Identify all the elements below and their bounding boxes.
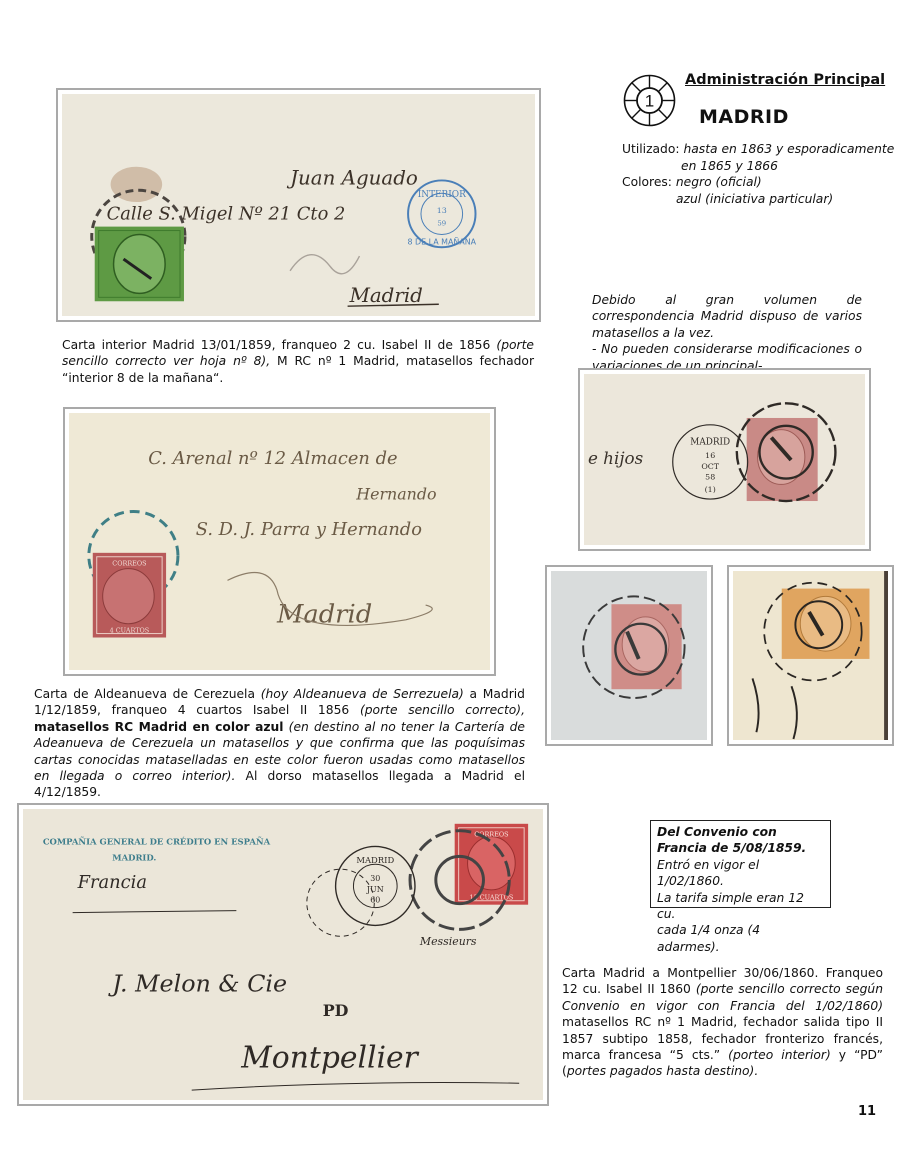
caption-montpellier: Carta Madrid a Montpellier 30/06/1860. F… bbox=[562, 965, 883, 1080]
svg-text:CORREOS: CORREOS bbox=[112, 560, 146, 568]
city-heading: MADRID bbox=[699, 106, 789, 128]
svg-text:C. Arenal nº 12 Almacen de: C. Arenal nº 12 Almacen de bbox=[148, 449, 397, 469]
svg-text:Calle S. Migel Nº 21 Cto 2: Calle S. Migel Nº 21 Cto 2 bbox=[107, 205, 346, 225]
svg-text:S. D. J. Parra y Hernando: S. D. J. Parra y Hernando bbox=[196, 520, 422, 540]
svg-text:60: 60 bbox=[370, 896, 380, 905]
caption-aldeanueva: Carta de Aldeanueva de Cerezuela (hoy Al… bbox=[34, 686, 525, 801]
caption-1859-interior: Carta interior Madrid 13/01/1859, franqu… bbox=[62, 337, 534, 386]
caption-text: Carta interior Madrid 13/01/1859, franqu… bbox=[62, 338, 496, 352]
svg-text:MADRID: MADRID bbox=[356, 855, 394, 865]
svg-text:Madrid: Madrid bbox=[349, 284, 423, 307]
note-multiple-cancels: Debido al gran volumen de correspondenci… bbox=[592, 292, 862, 374]
svg-text:JUN: JUN bbox=[366, 885, 384, 894]
svg-text:8 DE LA MAÑANA: 8 DE LA MAÑANA bbox=[407, 236, 476, 246]
caption-italic: portes pagados hasta destino). bbox=[567, 1064, 758, 1078]
usage-info: Utilizado: hasta en 1863 y esporadicamen… bbox=[622, 141, 894, 207]
fragment-photo-orange-stamp bbox=[727, 565, 894, 746]
used-value: hasta en 1863 y esporadicamente bbox=[683, 142, 894, 156]
svg-text:J. Melon & Cie: J. Melon & Cie bbox=[108, 970, 287, 998]
convention-line: Entró en vigor el 1/02/1860. bbox=[657, 857, 824, 890]
cover-photo-1859-interior: INTERIOR 13 59 8 DE LA MAÑANA Juan Aguad… bbox=[56, 88, 541, 322]
svg-text:Juan Aguado: Juan Aguado bbox=[286, 166, 418, 189]
colors-value: negro (oficial) bbox=[676, 175, 762, 189]
caption-italic: (hoy Aldeanueva de Serrezuela) bbox=[261, 687, 464, 701]
svg-text:MADRID: MADRID bbox=[690, 437, 730, 447]
svg-text:INTERIOR: INTERIOR bbox=[418, 190, 466, 200]
caption-italic: (porte sencillo correcto), bbox=[360, 703, 525, 717]
colors-label: Colores: bbox=[622, 175, 672, 189]
caption-italic: (porteo interior) bbox=[728, 1048, 831, 1062]
section-title: Administración Principal bbox=[685, 72, 885, 88]
used-value-2: en 1865 y 1866 bbox=[681, 159, 778, 173]
convention-line: cada 1/4 onza (4 adarmes). bbox=[657, 922, 824, 955]
cover-photo-aldeanueva: CORREOS 4 CUARTOS C. Arenal nº 12 Almace… bbox=[63, 407, 496, 676]
note-line: Debido al gran volumen de correspondenci… bbox=[592, 292, 862, 341]
svg-text:58: 58 bbox=[705, 473, 715, 482]
fragment-photo-madrid-oct58: MADRID 16 OCT 58 (1) e hijos bbox=[578, 368, 871, 551]
caption-bold: matasellos RC Madrid en color azul bbox=[34, 720, 284, 734]
fragment-photo-pink-stamp bbox=[545, 565, 713, 746]
svg-text:13: 13 bbox=[437, 206, 447, 215]
svg-text:PD: PD bbox=[323, 1001, 349, 1020]
convention-title: Del Convenio con Francia de 5/08/1859. bbox=[657, 824, 824, 857]
svg-text:30: 30 bbox=[370, 874, 380, 883]
svg-text:59: 59 bbox=[437, 220, 446, 228]
cover-photo-montpellier: COMPAÑIA GENERAL DE CRÉDITO EN ESPAÑA MA… bbox=[17, 803, 549, 1106]
colors-value-2: azul (iniciativa particular) bbox=[676, 192, 833, 206]
caption-text: Carta de Aldeanueva de Cerezuela bbox=[34, 687, 261, 701]
used-label: Utilizado: bbox=[622, 142, 680, 156]
svg-text:Messieurs: Messieurs bbox=[419, 935, 477, 948]
svg-text:1: 1 bbox=[645, 92, 654, 111]
svg-text:Montpellier: Montpellier bbox=[240, 1040, 419, 1075]
rc-postmark-icon: 1 bbox=[622, 73, 677, 128]
svg-text:MADRID.: MADRID. bbox=[112, 852, 156, 862]
svg-text:Francia: Francia bbox=[77, 872, 147, 893]
svg-text:(1): (1) bbox=[705, 485, 716, 494]
page-number: 11 bbox=[858, 1104, 876, 1119]
convention-info-box: Del Convenio con Francia de 5/08/1859. E… bbox=[650, 820, 831, 908]
svg-text:e hijos: e hijos bbox=[588, 449, 643, 468]
svg-text:OCT: OCT bbox=[701, 462, 720, 471]
svg-text:COMPAÑIA GENERAL DE CRÉDITO EN: COMPAÑIA GENERAL DE CRÉDITO EN ESPAÑA bbox=[43, 836, 271, 847]
svg-text:4 CUARTOS: 4 CUARTOS bbox=[110, 627, 150, 635]
convention-line: La tarifa simple eran 12 cu. bbox=[657, 890, 824, 923]
svg-text:Hernando: Hernando bbox=[355, 485, 436, 504]
svg-text:16: 16 bbox=[705, 451, 715, 460]
